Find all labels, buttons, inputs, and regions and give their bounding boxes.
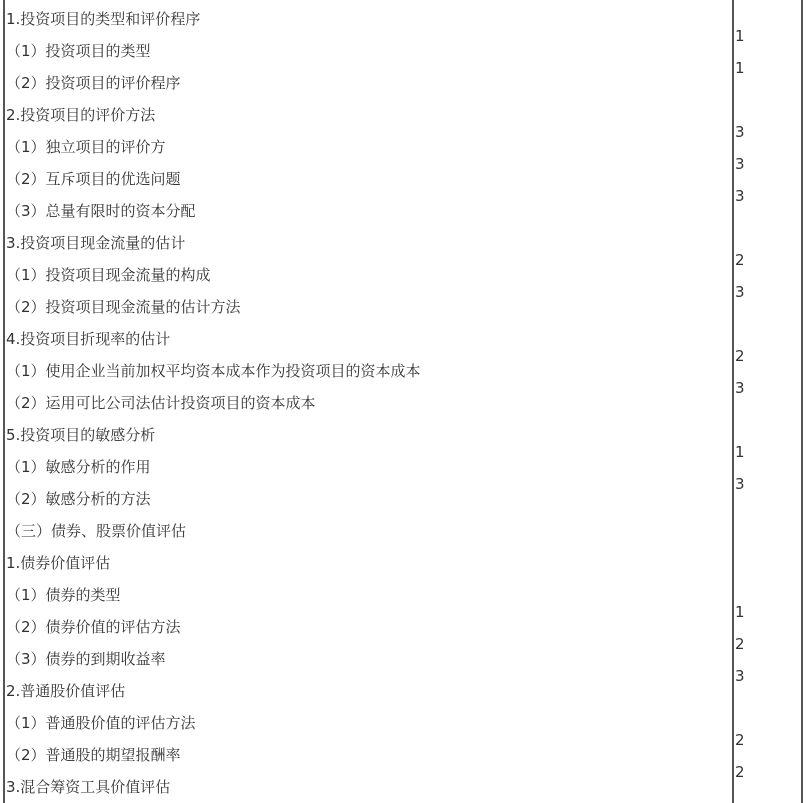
outline-row: （1）普通股价值的评估方法 (6, 707, 196, 739)
outline-row: （3）债券的到期收益率 (6, 643, 166, 675)
outline-row: 3.投资项目现金流量的估计 (6, 227, 185, 259)
outline-row: 4.投资项目折现率的估计 (6, 323, 170, 355)
level-value: 3 (735, 122, 745, 142)
level-value: 2 (735, 762, 745, 782)
outline-row: （1）投资项目现金流量的构成 (6, 259, 211, 291)
outline-row: （2）普通股的期望报酬率 (6, 739, 181, 771)
outline-row: （1）使用企业当前加权平均资本成本作为投资项目的资本成本 (6, 355, 421, 387)
table-column-divider (732, 0, 734, 803)
level-value: 2 (735, 250, 745, 270)
level-value: 3 (735, 186, 745, 206)
level-value: 2 (735, 730, 745, 750)
outline-row: 1.债券价值评估 (6, 547, 110, 579)
level-value: 3 (735, 474, 745, 494)
outline-row: （2）债券价值的评估方法 (6, 611, 181, 643)
outline-row: （2）投资项目的评价程序 (6, 67, 181, 99)
level-value: 1 (735, 602, 745, 622)
level-value: 3 (735, 378, 745, 398)
outline-row: 5.投资项目的敏感分析 (6, 419, 155, 451)
outline-row: （1）债券的类型 (6, 579, 121, 611)
outline-row: 2.普通股价值评估 (6, 675, 125, 707)
table-border-left (3, 0, 5, 803)
outline-row: 1.投资项目的类型和评价程序 (6, 3, 200, 35)
outline-row: （2）互斥项目的优选问题 (6, 163, 181, 195)
outline-row: （3）总量有限时的资本分配 (6, 195, 196, 227)
level-value: 1 (735, 26, 745, 46)
outline-row: （2）投资项目现金流量的估计方法 (6, 291, 241, 323)
level-value: 3 (735, 666, 745, 686)
level-value: 3 (735, 282, 745, 302)
outline-row: （三）债券、股票价值评估 (6, 515, 186, 547)
outline-row: （1）投资项目的类型 (6, 35, 151, 67)
level-value: 1 (735, 442, 745, 462)
outline-row: （1）独立项目的评价方 (6, 131, 166, 163)
level-value: 2 (735, 634, 745, 654)
outline-row: （2）敏感分析的方法 (6, 483, 151, 515)
level-value: 1 (735, 58, 745, 78)
level-value: 2 (735, 346, 745, 366)
outline-row: 3.混合筹资工具价值评估 (6, 771, 170, 803)
outline-row: 2.投资项目的评价方法 (6, 99, 155, 131)
table-border-right (801, 0, 803, 803)
outline-row: （1）敏感分析的作用 (6, 451, 151, 483)
outline-row: （2）运用可比公司法估计投资项目的资本成本 (6, 387, 316, 419)
level-value: 3 (735, 154, 745, 174)
